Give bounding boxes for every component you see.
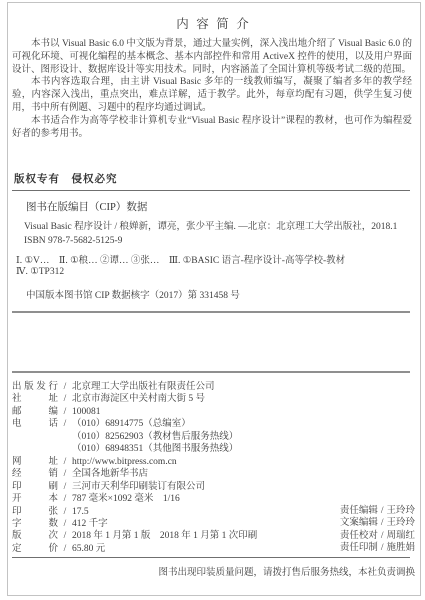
staff-row: 责任编辑/王玲玲 [340, 505, 415, 517]
pub-separator: / [58, 468, 72, 480]
publication-row: 印刷/三河市天利华印刷装订有限公司 [12, 481, 312, 493]
pub-separator: / [58, 481, 72, 493]
staff-value: 周瑞红 [386, 531, 415, 541]
intro-paragraph-2: 本书内容选取合理，由主讲 Visual Basic 多年的一线教师编写，凝聚了编… [12, 76, 412, 114]
cip-classification-line-1: Ⅰ. ①V… Ⅱ. ①稂… ②谭… ③张… Ⅲ. ①BASIC 语言-程序设计-… [16, 252, 416, 266]
staff-value: 施胜娟 [386, 543, 415, 553]
cip-heading: 图书在版编目（CIP）数据 [26, 199, 147, 214]
pub-label: 网址 [12, 456, 58, 468]
pub-value: 787 毫米×1092 毫米 1/16 [72, 494, 180, 504]
publication-row: 字数/412 千字 [12, 518, 312, 530]
staff-value: 王玲玲 [386, 506, 415, 516]
divider-publication-top [12, 371, 410, 373]
pub-label: 社址 [12, 393, 58, 405]
publication-row: （010）82562903（教材售后服务热线） [12, 431, 312, 443]
pub-separator: / [58, 381, 72, 393]
pub-value: （010）82562903（教材售后服务热线） [72, 432, 238, 442]
staff-row: 责任印制/施胜娟 [340, 542, 415, 554]
pub-separator: / [58, 456, 72, 468]
pub-value: http://www.bitpress.com.cn [72, 457, 177, 467]
publication-row: 经销/全国各地新华书店 [12, 468, 312, 480]
staff-row: 文案编辑/王玲玲 [340, 517, 415, 529]
intro-title: 内容简介 [0, 14, 425, 32]
staff-credits: 责任编辑/王玲玲 文案编辑/王玲玲 责任校对/周瑞红 责任印制/施胜娟 [340, 505, 415, 555]
pub-label: 出版发行 [12, 381, 58, 393]
pub-label: 字数 [12, 518, 58, 530]
pub-value: （010）68948351（其他图书服务热线） [72, 444, 238, 454]
pub-value: 100081 [72, 407, 101, 417]
publication-row: 邮编/100081 [12, 406, 312, 418]
staff-label: 责任编辑 [340, 506, 378, 516]
pub-separator: / [58, 530, 72, 542]
pub-label: 定价 [12, 543, 58, 555]
intro-paragraph-3: 本书适合作为高等学校非计算机专业“Visual Basic 程序设计”课程的教材… [12, 115, 412, 141]
cip-body: Visual Basic 程序设计 / 稂婵新，谭亮，张少平主编. —北京：北京… [24, 221, 416, 248]
divider-top [12, 190, 410, 191]
pub-value: 北京市海淀区中关村南大街 5 号 [72, 394, 205, 404]
cip-classification-line-2: Ⅳ. ①TP312 [16, 266, 64, 277]
publication-row: 版次/2018 年 1 月第 1 版 2018 年 1 月第 1 次印刷 [12, 530, 312, 542]
staff-separator: / [381, 506, 384, 516]
pub-separator: / [58, 543, 72, 555]
pub-label: 经销 [12, 468, 58, 480]
publication-row: 定价/65.80 元 [12, 543, 312, 555]
quality-notice: 图书出现印装质量问题，请拨打售后服务热线，本社负责调换 [158, 564, 415, 578]
pub-separator: / [58, 506, 72, 518]
staff-separator: / [381, 518, 384, 528]
publication-row: 出版发行/北京理工大学出版社有限责任公司 [12, 381, 312, 393]
pub-separator: / [58, 393, 72, 405]
pub-label: 电话 [12, 418, 58, 430]
publication-row: （010）68948351（其他图书服务热线） [12, 443, 312, 455]
divider-cip-bottom [12, 311, 410, 313]
staff-separator: / [381, 531, 384, 541]
staff-label: 责任校对 [340, 531, 378, 541]
pub-separator: / [58, 406, 72, 418]
publication-row: 印张/17.5 [12, 506, 312, 518]
pub-label: 印张 [12, 506, 58, 518]
pub-value: 三河市天利华印刷装订有限公司 [72, 482, 205, 492]
publication-row: 社址/北京市海淀区中关村南大街 5 号 [12, 393, 312, 405]
pub-value: 17.5 [72, 507, 89, 517]
publication-info: 出版发行/北京理工大学出版社有限责任公司 社址/北京市海淀区中关村南大街 5 号… [12, 381, 312, 555]
pub-value: （010）68914775（总编室） [72, 419, 191, 429]
pub-value: 北京理工大学出版社有限责任公司 [72, 382, 215, 392]
pub-value: 全国各地新华书店 [72, 469, 148, 479]
pub-value: 65.80 元 [72, 544, 105, 554]
publication-row: 开本/787 毫米×1092 毫米 1/16 [12, 493, 312, 505]
staff-row: 责任校对/周瑞红 [340, 530, 415, 542]
staff-label: 责任印制 [340, 543, 378, 553]
publication-row: 网址/http://www.bitpress.com.cn [12, 456, 312, 468]
staff-separator: / [381, 543, 384, 553]
pub-value: 412 千字 [72, 519, 108, 529]
pub-separator: / [58, 518, 72, 530]
cip-isbn: ISBN 978-7-5682-5125-9 [24, 235, 416, 249]
staff-label: 文案编辑 [340, 518, 378, 528]
pub-label: 印刷 [12, 481, 58, 493]
divider-footer [12, 557, 410, 558]
staff-value: 王玲玲 [386, 518, 415, 528]
pub-label: 邮编 [12, 406, 58, 418]
publication-row: 电话/（010）68914775（总编室） [12, 418, 312, 430]
pub-value: 2018 年 1 月第 1 版 2018 年 1 月第 1 次印刷 [72, 531, 257, 541]
copyright-warning: 版权专有 侵权必究 [14, 171, 118, 186]
cip-title-line: Visual Basic 程序设计 / 稂婵新，谭亮，张少平主编. —北京：北京… [24, 221, 416, 235]
pub-separator: / [58, 418, 72, 430]
pub-label: 开本 [12, 493, 58, 505]
pub-label: 版次 [12, 530, 58, 542]
cip-record-number: 中国版本图书馆 CIP 数据核字（2017）第 331458 号 [26, 287, 240, 301]
intro-section: 本书以 Visual Basic 6.0 中文版为背景，通过大量实例，深入浅出地… [12, 38, 412, 140]
intro-paragraph-1: 本书以 Visual Basic 6.0 中文版为背景，通过大量实例，深入浅出地… [12, 38, 412, 76]
pub-separator: / [58, 493, 72, 505]
